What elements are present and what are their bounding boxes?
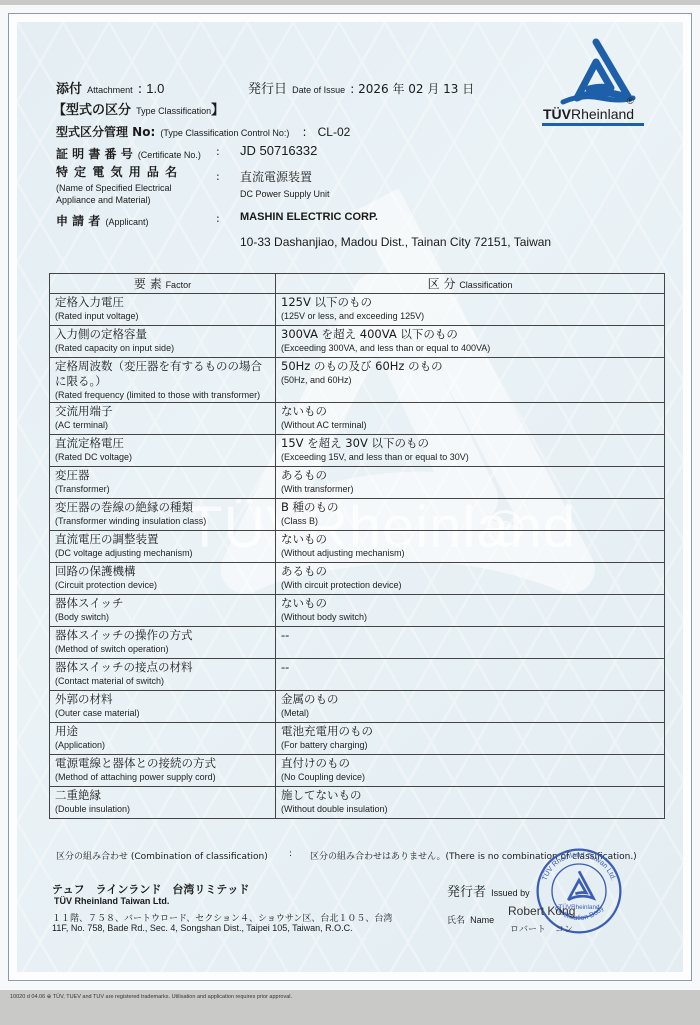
classification-table: 要 素 Factor 区 分 Classification 定格入力電圧 (Ra… [49, 273, 665, 819]
factor-jp: 直流定格電圧 [55, 436, 270, 451]
signatory-name: Robert Kong [508, 904, 575, 918]
classification-cell: あるもの (With circuit protection device) [276, 563, 665, 595]
combination-label: 区分の組み合わせ (Combination of classification) [56, 849, 268, 862]
classification-cell: 125V 以下のもの (125V or less, and exceeding … [276, 294, 665, 326]
factor-cell: 定格周波数（変圧器を有するものの場合に限る。） (Rated frequency… [50, 358, 276, 403]
factor-cell: 直流電圧の調整装置 (DC voltage adjusting mechanis… [50, 531, 276, 563]
classification-jp: ないもの [281, 596, 659, 611]
classification-cell: -- [276, 627, 665, 659]
classification-cell: 50Hz のもの及び 60Hz のもの (50Hz, and 60Hz) [276, 358, 665, 403]
factor-en: (Body switch) [55, 611, 270, 623]
table-row: 交流用端子 (AC terminal) ないもの (Without AC ter… [50, 403, 665, 435]
factor-en: (Double insulation) [55, 803, 270, 815]
signatory-name-jp: ロバート コン [510, 922, 573, 935]
logo-registered-mark: ® [627, 96, 634, 106]
classification-en: (Without adjusting mechanism) [281, 547, 659, 559]
name-label: 氏名 Name [447, 908, 494, 927]
certificate-no-line: 証 明 書 番 号 (Certificate No.) [56, 143, 201, 162]
classification-en: (Exceeding 15V, and less than or equal t… [281, 451, 659, 463]
factor-cell: 外郭の材料 (Outer case material) [50, 691, 276, 723]
classification-jp: -- [281, 628, 659, 643]
table-row: 用途 (Application) 電池充電用のもの (For battery c… [50, 723, 665, 755]
factor-en: (Rated DC voltage) [55, 451, 270, 463]
type-classification-heading: 【型式の区分 Type Classification】 [53, 99, 224, 118]
product-name-value-en: DC Power Supply Unit [240, 189, 330, 199]
classification-jp: B 種のもの [281, 500, 659, 515]
classification-en: (50Hz, and 60Hz) [281, 374, 659, 386]
applicant-label: 申 請 者 (Applicant) [56, 210, 148, 229]
table-row: 変圧器の巻線の絶縁の種類 (Transformer winding insula… [50, 499, 665, 531]
factor-en: (Rated frequency (limited to those with … [55, 389, 270, 401]
factor-en: (Method of switch operation) [55, 643, 270, 655]
classification-jp: ないもの [281, 532, 659, 547]
classification-en: (Metal) [281, 707, 659, 719]
classification-cell: ないもの (Without body switch) [276, 595, 665, 627]
table-row: 直流定格電圧 (Rated DC voltage) 15V を超え 30V 以下… [50, 435, 665, 467]
classification-cell: ないもの (Without adjusting mechanism) [276, 531, 665, 563]
table-row: 電源電線と器体との接続の方式 (Method of attaching powe… [50, 755, 665, 787]
classification-cell: ないもの (Without AC terminal) [276, 403, 665, 435]
table-row: 定格入力電圧 (Rated input voltage) 125V 以下のもの … [50, 294, 665, 326]
classification-en: (Without double insulation) [281, 803, 659, 815]
factor-jp: 変圧器 [55, 468, 270, 483]
classification-en: (Class B) [281, 515, 659, 527]
classification-en: (125V or less, and exceeding 125V) [281, 310, 659, 322]
issuer-address-en: 11F, No. 758, Bade Rd., Sec. 4, Songshan… [52, 923, 353, 933]
factor-jp: 外郭の材料 [55, 692, 270, 707]
factor-cell: 器体スイッチの接点の材料 (Contact material of switch… [50, 659, 276, 691]
factor-cell: 器体スイッチの操作の方式 (Method of switch operation… [50, 627, 276, 659]
classification-jp: 125V 以下のもの [281, 295, 659, 310]
product-name-value-jp: 直流電源装置 [240, 168, 312, 185]
factor-jp: 用途 [55, 724, 270, 739]
factor-en: (Rated capacity on input side) [55, 342, 270, 354]
factor-en: (Rated input voltage) [55, 310, 270, 322]
classification-cell: 300VA を超え 400VA 以下のもの (Exceeding 300VA, … [276, 326, 665, 358]
certificate-no-value: JD 50716332 [240, 143, 317, 158]
factor-en: (Application) [55, 739, 270, 751]
factor-en: (AC terminal) [55, 419, 270, 431]
classification-en: (Exceeding 300VA, and less than or equal… [281, 342, 659, 354]
table-row: 器体スイッチの操作の方式 (Method of switch operation… [50, 627, 665, 659]
factor-en: (DC voltage adjusting mechanism) [55, 547, 270, 559]
factor-jp: 直流電圧の調整装置 [55, 532, 270, 547]
classification-jp: 300VA を超え 400VA 以下のもの [281, 327, 659, 342]
classification-jp: あるもの [281, 564, 659, 579]
date-of-issue-line: 発行日 Date of Issue : 2026 年 02 月 13 日 [248, 78, 474, 97]
classification-cell: B 種のもの (Class B) [276, 499, 665, 531]
factor-jp: 変圧器の巻線の絶縁の種類 [55, 500, 270, 515]
factor-cell: 器体スイッチ (Body switch) [50, 595, 276, 627]
classification-en: (With transformer) [281, 483, 659, 495]
factor-jp: 器体スイッチの操作の方式 [55, 628, 270, 643]
issuer-name-jp: テュフ ラインランド 台湾リミテッド [52, 881, 249, 897]
factor-jp: 交流用端子 [55, 404, 270, 419]
classification-cell: あるもの (With transformer) [276, 467, 665, 499]
factor-en: (Method of attaching power supply cord) [55, 771, 270, 783]
logo-brand-text: TÜVRheinland [543, 106, 634, 122]
control-no-line: 型式区分管理 No: (Type Classification Control … [56, 121, 350, 140]
attachment-line: 添付 Attachment : 1.0 [56, 78, 164, 97]
date-of-issue-value: 2026 年 02 月 13 日 [358, 82, 474, 96]
column-header-classification: 区 分 Classification [276, 274, 665, 294]
issuer-name-en: TÜV Rheinland Taiwan Ltd. [54, 896, 169, 906]
classification-en: (With circuit protection device) [281, 579, 659, 591]
table-row: 器体スイッチの接点の材料 (Contact material of switch… [50, 659, 665, 691]
classification-jp: 直付けのもの [281, 756, 659, 771]
factor-en: (Contact material of switch) [55, 675, 270, 687]
product-name-label: 特 定 電 気 用 品 名 [56, 163, 178, 180]
factor-cell: 入力側の定格容量 (Rated capacity on input side) [50, 326, 276, 358]
table-row: 回路の保護機構 (Circuit protection device) あるもの… [50, 563, 665, 595]
issued-by-label: 発行者 Issued by [447, 881, 530, 900]
logo-underline [542, 123, 644, 126]
classification-jp: あるもの [281, 468, 659, 483]
factor-jp: 入力側の定格容量 [55, 327, 270, 342]
factor-cell: 用途 (Application) [50, 723, 276, 755]
applicant-address: 10-33 Dashanjiao, Madou Dist., Tainan Ci… [240, 235, 551, 249]
factor-en: (Outer case material) [55, 707, 270, 719]
classification-jp: 金属のもの [281, 692, 659, 707]
classification-jp: -- [281, 660, 659, 675]
classification-cell: 直付けのもの (No Coupling device) [276, 755, 665, 787]
table-row: 二重絶縁 (Double insulation) 施してないもの (Withou… [50, 787, 665, 819]
factor-en: (Transformer winding insulation class) [55, 515, 270, 527]
table-row: 変圧器 (Transformer) あるもの (With transformer… [50, 467, 665, 499]
factor-cell: 変圧器の巻線の絶縁の種類 (Transformer winding insula… [50, 499, 276, 531]
factor-jp: 定格入力電圧 [55, 295, 270, 310]
factor-jp: 器体スイッチの接点の材料 [55, 660, 270, 675]
control-no-value: CL-02 [318, 125, 351, 139]
factor-cell: 直流定格電圧 (Rated DC voltage) [50, 435, 276, 467]
factor-jp: 電源電線と器体との接続の方式 [55, 756, 270, 771]
table-row: 器体スイッチ (Body switch) ないもの (Without body … [50, 595, 665, 627]
column-header-factor: 要 素 Factor [50, 274, 276, 294]
factor-en: (Circuit protection device) [55, 579, 270, 591]
table-row: 直流電圧の調整装置 (DC voltage adjusting mechanis… [50, 531, 665, 563]
factor-cell: 電源電線と器体との接続の方式 (Method of attaching powe… [50, 755, 276, 787]
attachment-value: 1.0 [146, 81, 164, 96]
classification-en: (No Coupling device) [281, 771, 659, 783]
table-row: 外郭の材料 (Outer case material) 金属のもの (Metal… [50, 691, 665, 723]
classification-jp: 電池充電用のもの [281, 724, 659, 739]
factor-en: (Transformer) [55, 483, 270, 495]
classification-cell: 金属のもの (Metal) [276, 691, 665, 723]
factor-cell: 変圧器 (Transformer) [50, 467, 276, 499]
factor-cell: 交流用端子 (AC terminal) [50, 403, 276, 435]
classification-jp: 施してないもの [281, 788, 659, 803]
classification-cell: -- [276, 659, 665, 691]
applicant-name: MASHIN ELECTRIC CORP. [240, 211, 378, 223]
table-row: 定格周波数（変圧器を有するものの場合に限る。） (Rated frequency… [50, 358, 665, 403]
classification-jp: 50Hz のもの及び 60Hz のもの [281, 359, 659, 374]
factor-jp: 器体スイッチ [55, 596, 270, 611]
factor-jp: 二重絶縁 [55, 788, 270, 803]
classification-jp: 15V を超え 30V 以下のもの [281, 436, 659, 451]
factor-jp: 定格周波数（変圧器を有するものの場合に限る。） [55, 359, 270, 389]
classification-en: (For battery charging) [281, 739, 659, 751]
svg-text:TÜV Rheinland Taiwan Ltd.: TÜV Rheinland Taiwan Ltd. [540, 850, 619, 882]
classification-cell: 電池充電用のもの (For battery charging) [276, 723, 665, 755]
factor-cell: 回路の保護機構 (Circuit protection device) [50, 563, 276, 595]
classification-cell: 施してないもの (Without double insulation) [276, 787, 665, 819]
factor-jp: 回路の保護機構 [55, 564, 270, 579]
factor-cell: 定格入力電圧 (Rated input voltage) [50, 294, 276, 326]
classification-en: (Without body switch) [281, 611, 659, 623]
classification-cell: 15V を超え 30V 以下のもの (Exceeding 15V, and le… [276, 435, 665, 467]
footer-note: 10020 d 04.06 ⊕ TÜV, TUEV and TUV are re… [10, 994, 292, 1000]
classification-jp: ないもの [281, 404, 659, 419]
table-row: 入力側の定格容量 (Rated capacity on input side) … [50, 326, 665, 358]
classification-en: (Without AC terminal) [281, 419, 659, 431]
factor-cell: 二重絶縁 (Double insulation) [50, 787, 276, 819]
